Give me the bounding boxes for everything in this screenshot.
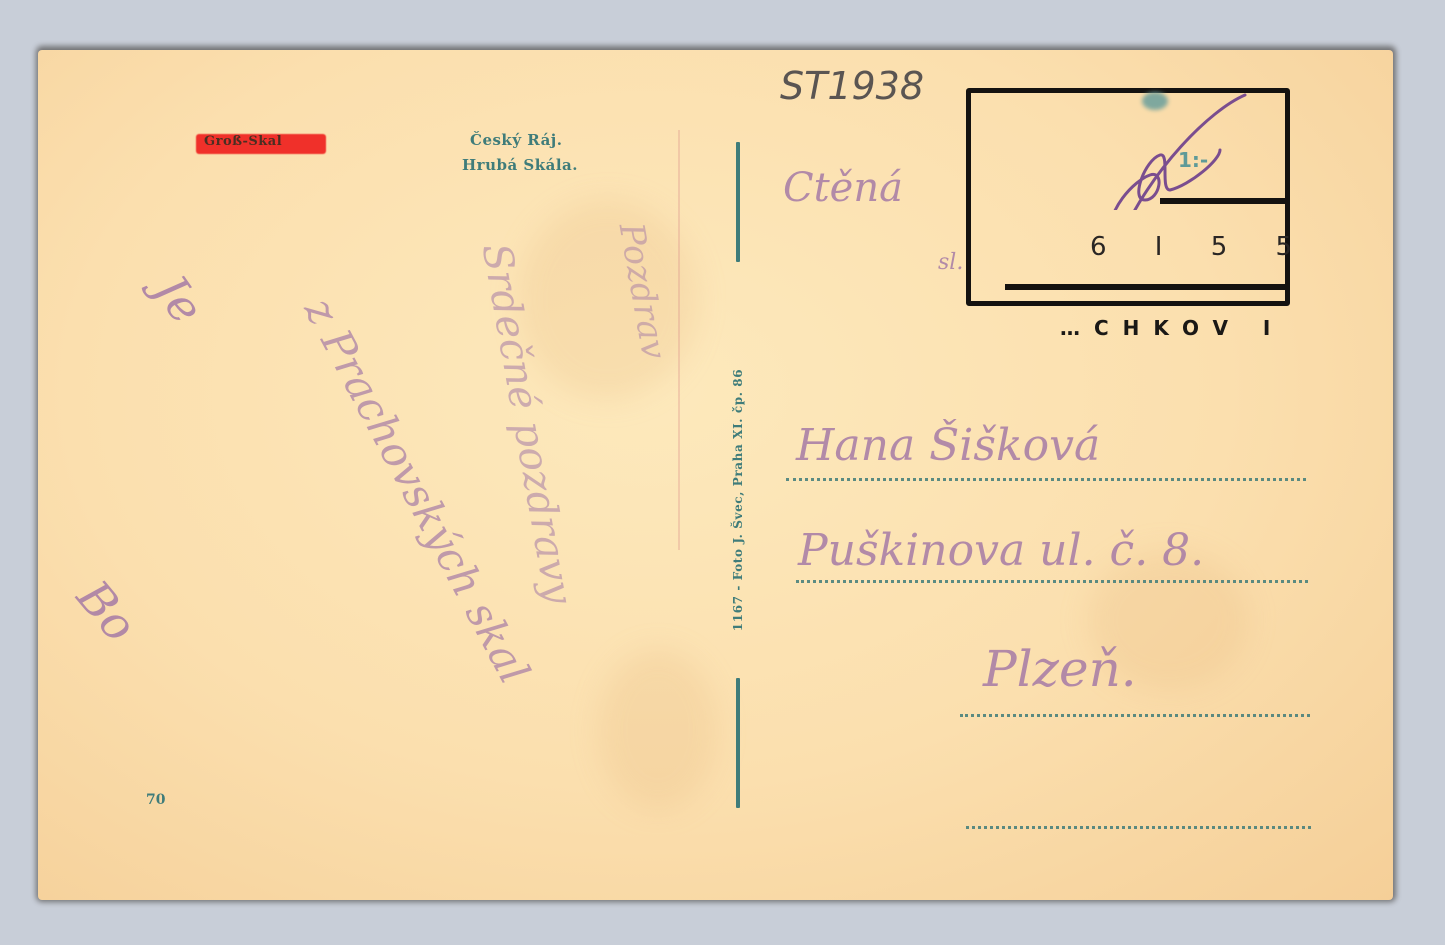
address-street: Puškinova ul. č. 8. bbox=[798, 525, 1204, 576]
address-line-4 bbox=[966, 826, 1311, 829]
address-salutation: Ctěná bbox=[783, 165, 903, 211]
handwritten-scribble-mark bbox=[1090, 90, 1250, 210]
message-signature-2: Bo bbox=[67, 570, 148, 652]
publisher-imprint: 1167 - Foto J. Švec, Praha XI. čp. 86 bbox=[731, 369, 745, 631]
address-line-2 bbox=[796, 580, 1308, 583]
page-number: 70 bbox=[146, 792, 165, 808]
address-city: Plzeň. bbox=[983, 640, 1137, 698]
postmark-station: …CHKOV I bbox=[1060, 316, 1284, 340]
catalog-note: ST1938 bbox=[780, 64, 924, 108]
place-line-1: Český Ráj. bbox=[470, 131, 562, 149]
stain bbox=[518, 200, 698, 400]
address-salutation-abbrev: sl. bbox=[938, 250, 963, 275]
divider-bar-top bbox=[736, 142, 740, 262]
place-line-2: Hrubá Skála. bbox=[462, 156, 578, 174]
postmark-date: 6 I 5 5 bbox=[1090, 232, 1312, 262]
postmark-bar-lower bbox=[1005, 284, 1290, 290]
crossed-out-label: Groß-Skal bbox=[204, 134, 282, 149]
address-name: Hana Šišková bbox=[796, 420, 1100, 471]
address-line-3 bbox=[960, 714, 1310, 717]
address-line-1 bbox=[786, 478, 1306, 481]
faint-pencil-line bbox=[678, 130, 680, 550]
stain bbox=[598, 650, 718, 810]
divider-bar-bottom bbox=[736, 678, 740, 808]
message-signature-1: Je bbox=[144, 265, 214, 333]
